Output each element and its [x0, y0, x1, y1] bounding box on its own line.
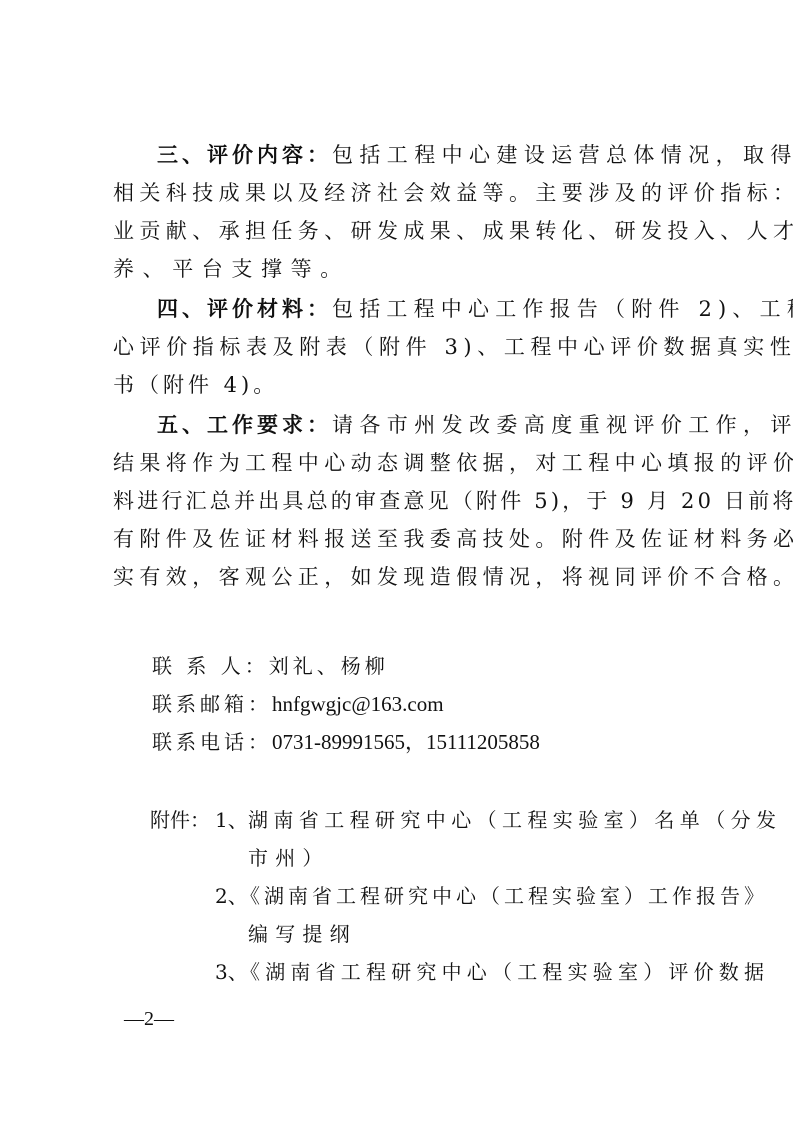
section-5-line-3: 料进行汇总并出具总的审查意见（附件 5)，于 9 月 20 日前将所: [113, 486, 703, 516]
contact-phone: 联系电话：0731-89991565，15111205858: [152, 727, 540, 757]
document-page: 三、评价内容：包括工程中心建设运营总体情况，取得的 相关科技成果以及经济社会效益…: [0, 0, 793, 1122]
section-5-line-2: 结果将作为工程中心动态调整依据，对工程中心填报的评价材: [113, 448, 703, 478]
section-3-line-2: 相关科技成果以及经济社会效益等。主要涉及的评价指标：行: [113, 178, 703, 208]
contact-email-label: 联系邮箱：: [152, 692, 272, 716]
contact-email-value[interactable]: hnfgwgjc@163.com: [272, 692, 444, 716]
section-3-heading: 三、评价内容：: [157, 143, 332, 167]
attachment-2-line-2: 编写提纲: [248, 919, 357, 949]
attachment-1-number: 1、: [215, 805, 248, 835]
contact-phone-label: 联系电话：: [152, 730, 272, 754]
contact-person: 联 系 人：刘礼、杨柳: [152, 651, 389, 681]
attachment-1-line-2: 市州）: [248, 843, 330, 873]
section-5-line-1: 五、工作要求：请各市州发改委高度重视评价工作，评价: [157, 410, 747, 440]
attachments-label: 附件：: [150, 805, 210, 835]
attachment-3-line-1: 《湖南省工程研究中心（工程实验室）评价数据: [240, 957, 769, 987]
section-4-heading: 四、评价材料：: [157, 297, 332, 321]
section-4-line-2: 心评价指标表及附表（附件 3)、工程中心评价数据真实性承诺: [113, 332, 703, 362]
section-4-line-1: 四、评价材料：包括工程中心工作报告（附件 2)、工程中: [157, 294, 747, 324]
section-5-line-5: 实有效，客观公正，如发现造假情况，将视同评价不合格。: [113, 562, 703, 592]
section-3-line-1: 三、评价内容：包括工程中心建设运营总体情况，取得的: [157, 140, 747, 170]
contact-person-label: 联 系 人：: [152, 654, 269, 678]
page-number: —2—: [124, 1008, 174, 1031]
section-3-line-4: 养、平台支撑等。: [113, 254, 703, 284]
section-5-line-4: 有附件及佐证材料报送至我委高技处。附件及佐证材料务必真: [113, 524, 703, 554]
contact-email: 联系邮箱：hnfgwgjc@163.com: [152, 689, 444, 719]
section-4-line-3: 书（附件 4)。: [113, 370, 703, 400]
section-5-heading: 五、工作要求：: [157, 413, 332, 437]
section-3-line-3: 业贡献、承担任务、研发成果、成果转化、研发投入、人才培: [113, 216, 703, 246]
contact-person-value: 刘礼、杨柳: [269, 654, 389, 678]
contact-phone-value: 0731-89991565，15111205858: [272, 730, 540, 754]
attachment-2-line-1: 《湖南省工程研究中心（工程实验室）工作报告》: [240, 881, 768, 911]
attachment-1-line-1: 湖南省工程研究中心（工程实验室）名单（分发: [248, 805, 781, 835]
